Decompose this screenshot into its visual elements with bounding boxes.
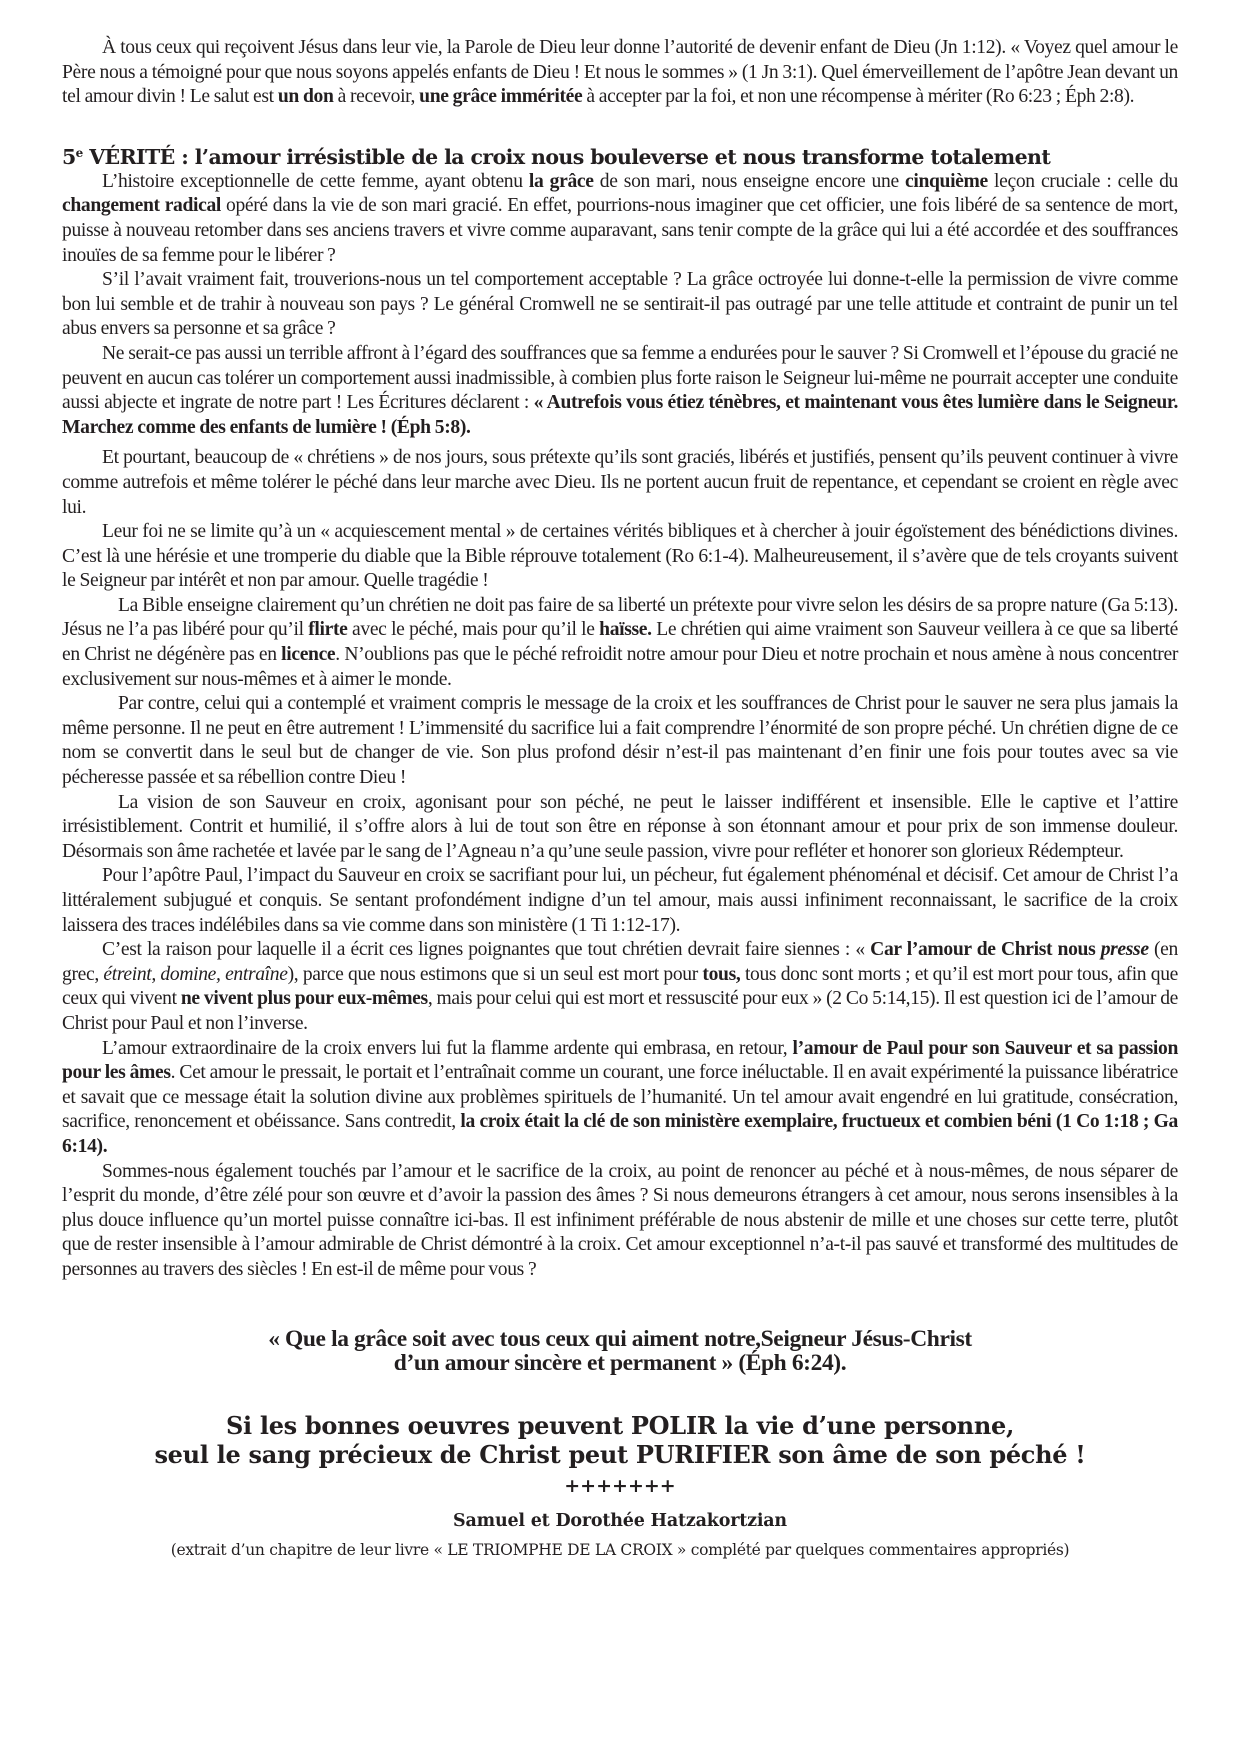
paragraph-10: C’est la raison pour laquelle il a écrit… bbox=[62, 938, 1178, 1036]
intro-paragraph: À tous ceux qui reçoivent Jésus dans leu… bbox=[62, 36, 1178, 110]
paragraph-1: L’histoire exceptionnelle de cette femme… bbox=[62, 170, 1178, 268]
source-note: (extrait d’un chapitre de leur livre « L… bbox=[62, 1541, 1178, 1559]
closing-bible-quote: « Que la grâce soit avec tous ceux qui a… bbox=[62, 1327, 1178, 1375]
paragraph-3: Ne serait-ce pas aussi un terrible affro… bbox=[62, 342, 1178, 440]
paragraph-4: Et pourtant, beaucoup de « chrétiens » d… bbox=[62, 446, 1178, 520]
paragraph-5: Leur foi ne se limite qu’à un « acquiesc… bbox=[62, 520, 1178, 594]
paragraph-7: Par contre, celui qui a contemplé et vra… bbox=[62, 692, 1178, 790]
paragraph-9: Pour l’apôtre Paul, l’impact du Sauveur … bbox=[62, 864, 1178, 938]
document-page: À tous ceux qui reçoivent Jésus dans leu… bbox=[62, 36, 1178, 1559]
paragraph-2: S’il l’avait vraiment fait, trouverions-… bbox=[62, 268, 1178, 342]
author-name: Samuel et Dorothée Hatzakortzian bbox=[62, 1511, 1178, 1531]
paragraph-8: La vision de son Sauveur en croix, agoni… bbox=[62, 791, 1178, 865]
paragraph-6: La Bible enseigne clairement qu’un chrét… bbox=[62, 594, 1178, 692]
closing-slogan: Si les bonnes oeuvres peuvent POLIR la v… bbox=[62, 1411, 1178, 1469]
paragraph-12: Sommes-nous également touchés par l’amou… bbox=[62, 1160, 1178, 1283]
section-heading: 5e VÉRITÉ : l’amour irrésistible de la c… bbox=[62, 140, 1178, 170]
paragraph-11: L’amour extraordinaire de la croix enver… bbox=[62, 1037, 1178, 1160]
cross-separator: +++++++ bbox=[62, 1475, 1178, 1497]
